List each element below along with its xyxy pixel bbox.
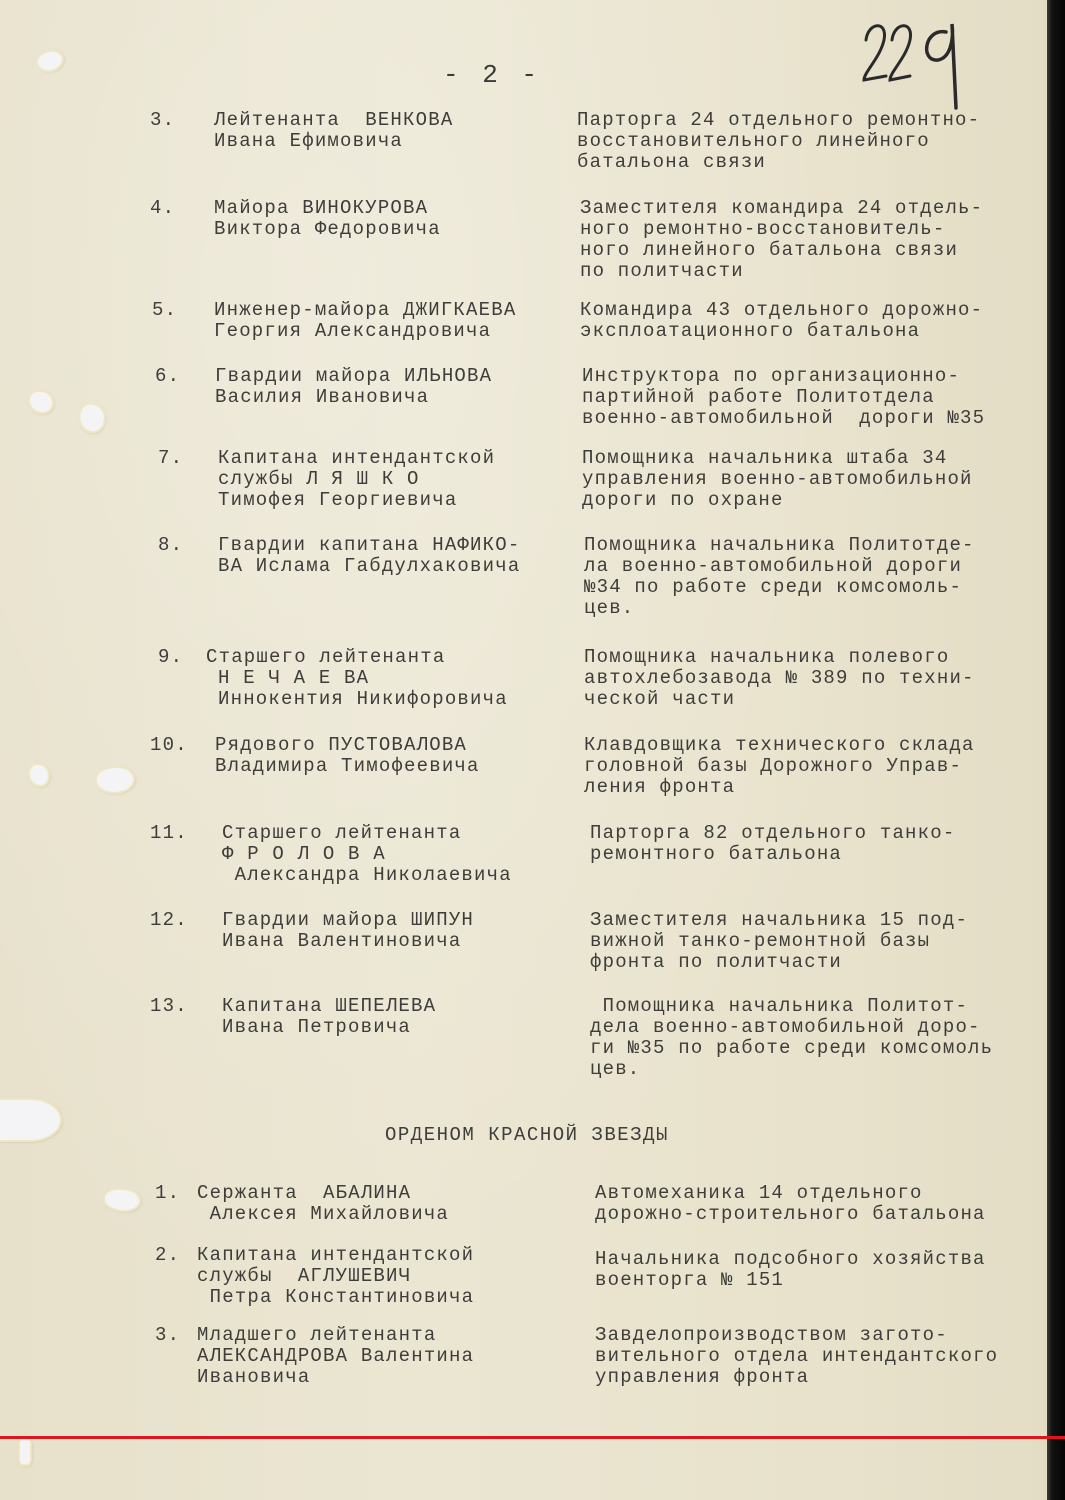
entry-name-line: Петра Константиновича xyxy=(197,1287,474,1308)
entry-desc-line: Автомеханика 14 отдельного xyxy=(595,1183,923,1204)
entry-desc-line: военторга № 151 xyxy=(595,1270,784,1291)
entry-desc-line: ги №35 по работе среди комсомоль xyxy=(590,1038,993,1059)
entry-desc-line: Парторга 82 отдельного танко- xyxy=(590,823,955,844)
entry-desc-line: эксплоатационного батальона xyxy=(580,321,920,342)
entry-desc-line: Помощника начальника Политотде- xyxy=(584,535,975,556)
entry-name-line: Василия Ивановича xyxy=(215,387,429,408)
entry-number: 10. xyxy=(150,735,200,756)
entry-name-line: Тимофея Георгиевича xyxy=(218,490,457,511)
entry-name-line: Гвардии майора ШИПУН xyxy=(222,910,474,931)
entry-desc-line: дела военно-автомобильной доро- xyxy=(590,1017,981,1038)
entry-number: 12. xyxy=(150,910,200,931)
entry-desc-line: автохлебозавода № 389 по техни- xyxy=(584,668,975,689)
entry-name-line: Ивана Петровича xyxy=(222,1017,411,1038)
entry-desc-line: Помощника начальника полевого xyxy=(584,647,949,668)
red-rule-line xyxy=(0,1436,1065,1439)
entry-desc-line: Помощника начальника Политот- xyxy=(590,996,968,1017)
entry-desc-line: вительного отдела интендантского xyxy=(595,1346,998,1367)
entry-name-line: Александра Николаевича xyxy=(222,865,512,886)
entry-desc-line: Командира 43 отдельного дорожно- xyxy=(580,300,983,321)
entry-name-line: Владимира Тимофеевича xyxy=(215,756,480,777)
entry-name-line: Капитана ШЕПЕЛЕВА xyxy=(222,996,436,1017)
tear-mark xyxy=(20,1440,30,1464)
entry-desc-line: фронта по политчасти xyxy=(590,952,842,973)
entry-desc-line: Парторга 24 отдельного ремонтно- xyxy=(577,110,980,131)
entry-name-line: Н Е Ч А Е ВА xyxy=(218,668,369,689)
entry-name-line: службы АГЛУШЕВИЧ xyxy=(197,1266,411,1287)
entry-desc-line: ла военно-автомобильной дороги xyxy=(584,556,962,577)
entry-number: 9. xyxy=(158,647,208,668)
tear-mark xyxy=(30,392,52,412)
entry-desc-line: дорожно-строительного батальона xyxy=(595,1204,986,1225)
entry-number: 13. xyxy=(150,996,200,1017)
entry-desc-line: батальона связи xyxy=(577,152,766,173)
entry-number: 4. xyxy=(150,198,200,219)
entry-number: 11. xyxy=(150,823,200,844)
entry-name-line: Инженер-майора ДЖИГКАЕВА xyxy=(214,300,516,321)
entry-name-line: Старшего лейтенанта xyxy=(206,647,445,668)
entry-desc-line: Завделопроизводством загото- xyxy=(595,1325,948,1346)
tear-mark xyxy=(0,1100,60,1140)
entry-number: 3. xyxy=(150,110,200,131)
page-number: - 2 - xyxy=(443,60,541,90)
entry-desc-line: ного ремонтно-восстановитель- xyxy=(580,219,945,240)
entry-name-line: Младшего лейтенанта xyxy=(197,1325,436,1346)
entry-desc-line: Помощника начальника штаба 34 xyxy=(582,448,947,469)
entry-number: 7. xyxy=(158,448,208,469)
entry-desc-line: Инструктора по организационно- xyxy=(582,366,960,387)
entry-name-line: Георгия Александровича xyxy=(214,321,491,342)
entry-number: 8. xyxy=(158,535,208,556)
entry-name-line: Ивановича xyxy=(197,1367,310,1388)
entry-name-line: Гвардии капитана НАФИКО- xyxy=(218,535,520,556)
entry-desc-line: ремонтного батальона xyxy=(590,844,842,865)
entry-name-line: Сержанта АБАЛИНА xyxy=(197,1183,411,1204)
tear-mark xyxy=(30,765,48,785)
entry-name-line: Капитана интендантской xyxy=(218,448,495,469)
entry-desc-line: партийной работе Политотдела xyxy=(582,387,935,408)
entry-desc-line: ления фронта xyxy=(584,777,735,798)
entry-name-line: Гвардии майора ИЛЬНОВА xyxy=(215,366,492,387)
entry-name-line: Виктора Федоровича xyxy=(214,219,441,240)
scan-edge xyxy=(1047,0,1065,1500)
entry-desc-line: цев. xyxy=(584,598,634,619)
entry-name-line: Алексея Михайловича xyxy=(197,1204,449,1225)
section-heading-order-red-star: ОРДЕНОМ КРАСНОЙ ЗВЕЗДЫ xyxy=(385,1124,669,1146)
entry-desc-line: ческой части xyxy=(584,689,735,710)
entry-name-line: службы Л Я Ш К О xyxy=(218,469,420,490)
entry-name-line: Капитана интендантской xyxy=(197,1245,474,1266)
entry-desc-line: №34 по работе среди комсомоль- xyxy=(584,577,962,598)
entry-desc-line: управления военно-автомобильной xyxy=(582,469,973,490)
entry-desc-line: Начальника подсобного хозяйства xyxy=(595,1249,986,1270)
entry-number: 6. xyxy=(155,366,205,387)
entry-desc-line: цев. xyxy=(590,1059,640,1080)
entry-name-line: АЛЕКСАНДРОВА Валентина xyxy=(197,1346,474,1367)
entry-desc-line: Заместителя командира 24 отдель- xyxy=(580,198,983,219)
entry-desc-line: ного линейного батальона связи xyxy=(580,240,958,261)
entry-name-line: ВА Ислама Габдулхаковича xyxy=(218,556,520,577)
entry-number: 5. xyxy=(152,300,202,321)
entry-name-line: Ивана Валентиновича xyxy=(222,931,461,952)
entry-name-line: Ивана Ефимовича xyxy=(214,131,403,152)
entry-desc-line: Клавдовщика технического склада xyxy=(584,735,975,756)
entry-name-line: Иннокентия Никифоровича xyxy=(218,689,508,710)
entry-name-line: Майора ВИНОКУРОВА xyxy=(214,198,428,219)
entry-name-line: Ф Р О Л О В А xyxy=(222,844,386,865)
handwritten-folio-number xyxy=(858,10,978,110)
entry-desc-line: дороги по охране xyxy=(582,490,784,511)
entry-desc-line: управления фронта xyxy=(595,1367,809,1388)
entry-name-line: Рядового ПУСТОВАЛОВА xyxy=(215,735,467,756)
entry-desc-line: головной базы Дорожного Управ- xyxy=(584,756,962,777)
entry-desc-line: вижной танко-ремонтной базы xyxy=(590,931,930,952)
entry-name-line: Лейтенанта ВЕНКОВА xyxy=(214,110,453,131)
entry-desc-line: Заместителя начальника 15 под- xyxy=(590,910,968,931)
entry-desc-line: по политчасти xyxy=(580,261,744,282)
entry-desc-line: военно-автомобильной дороги №35 xyxy=(582,408,985,429)
entry-name-line: Старшего лейтенанта xyxy=(222,823,461,844)
entry-desc-line: восстановительного линейного xyxy=(577,131,930,152)
